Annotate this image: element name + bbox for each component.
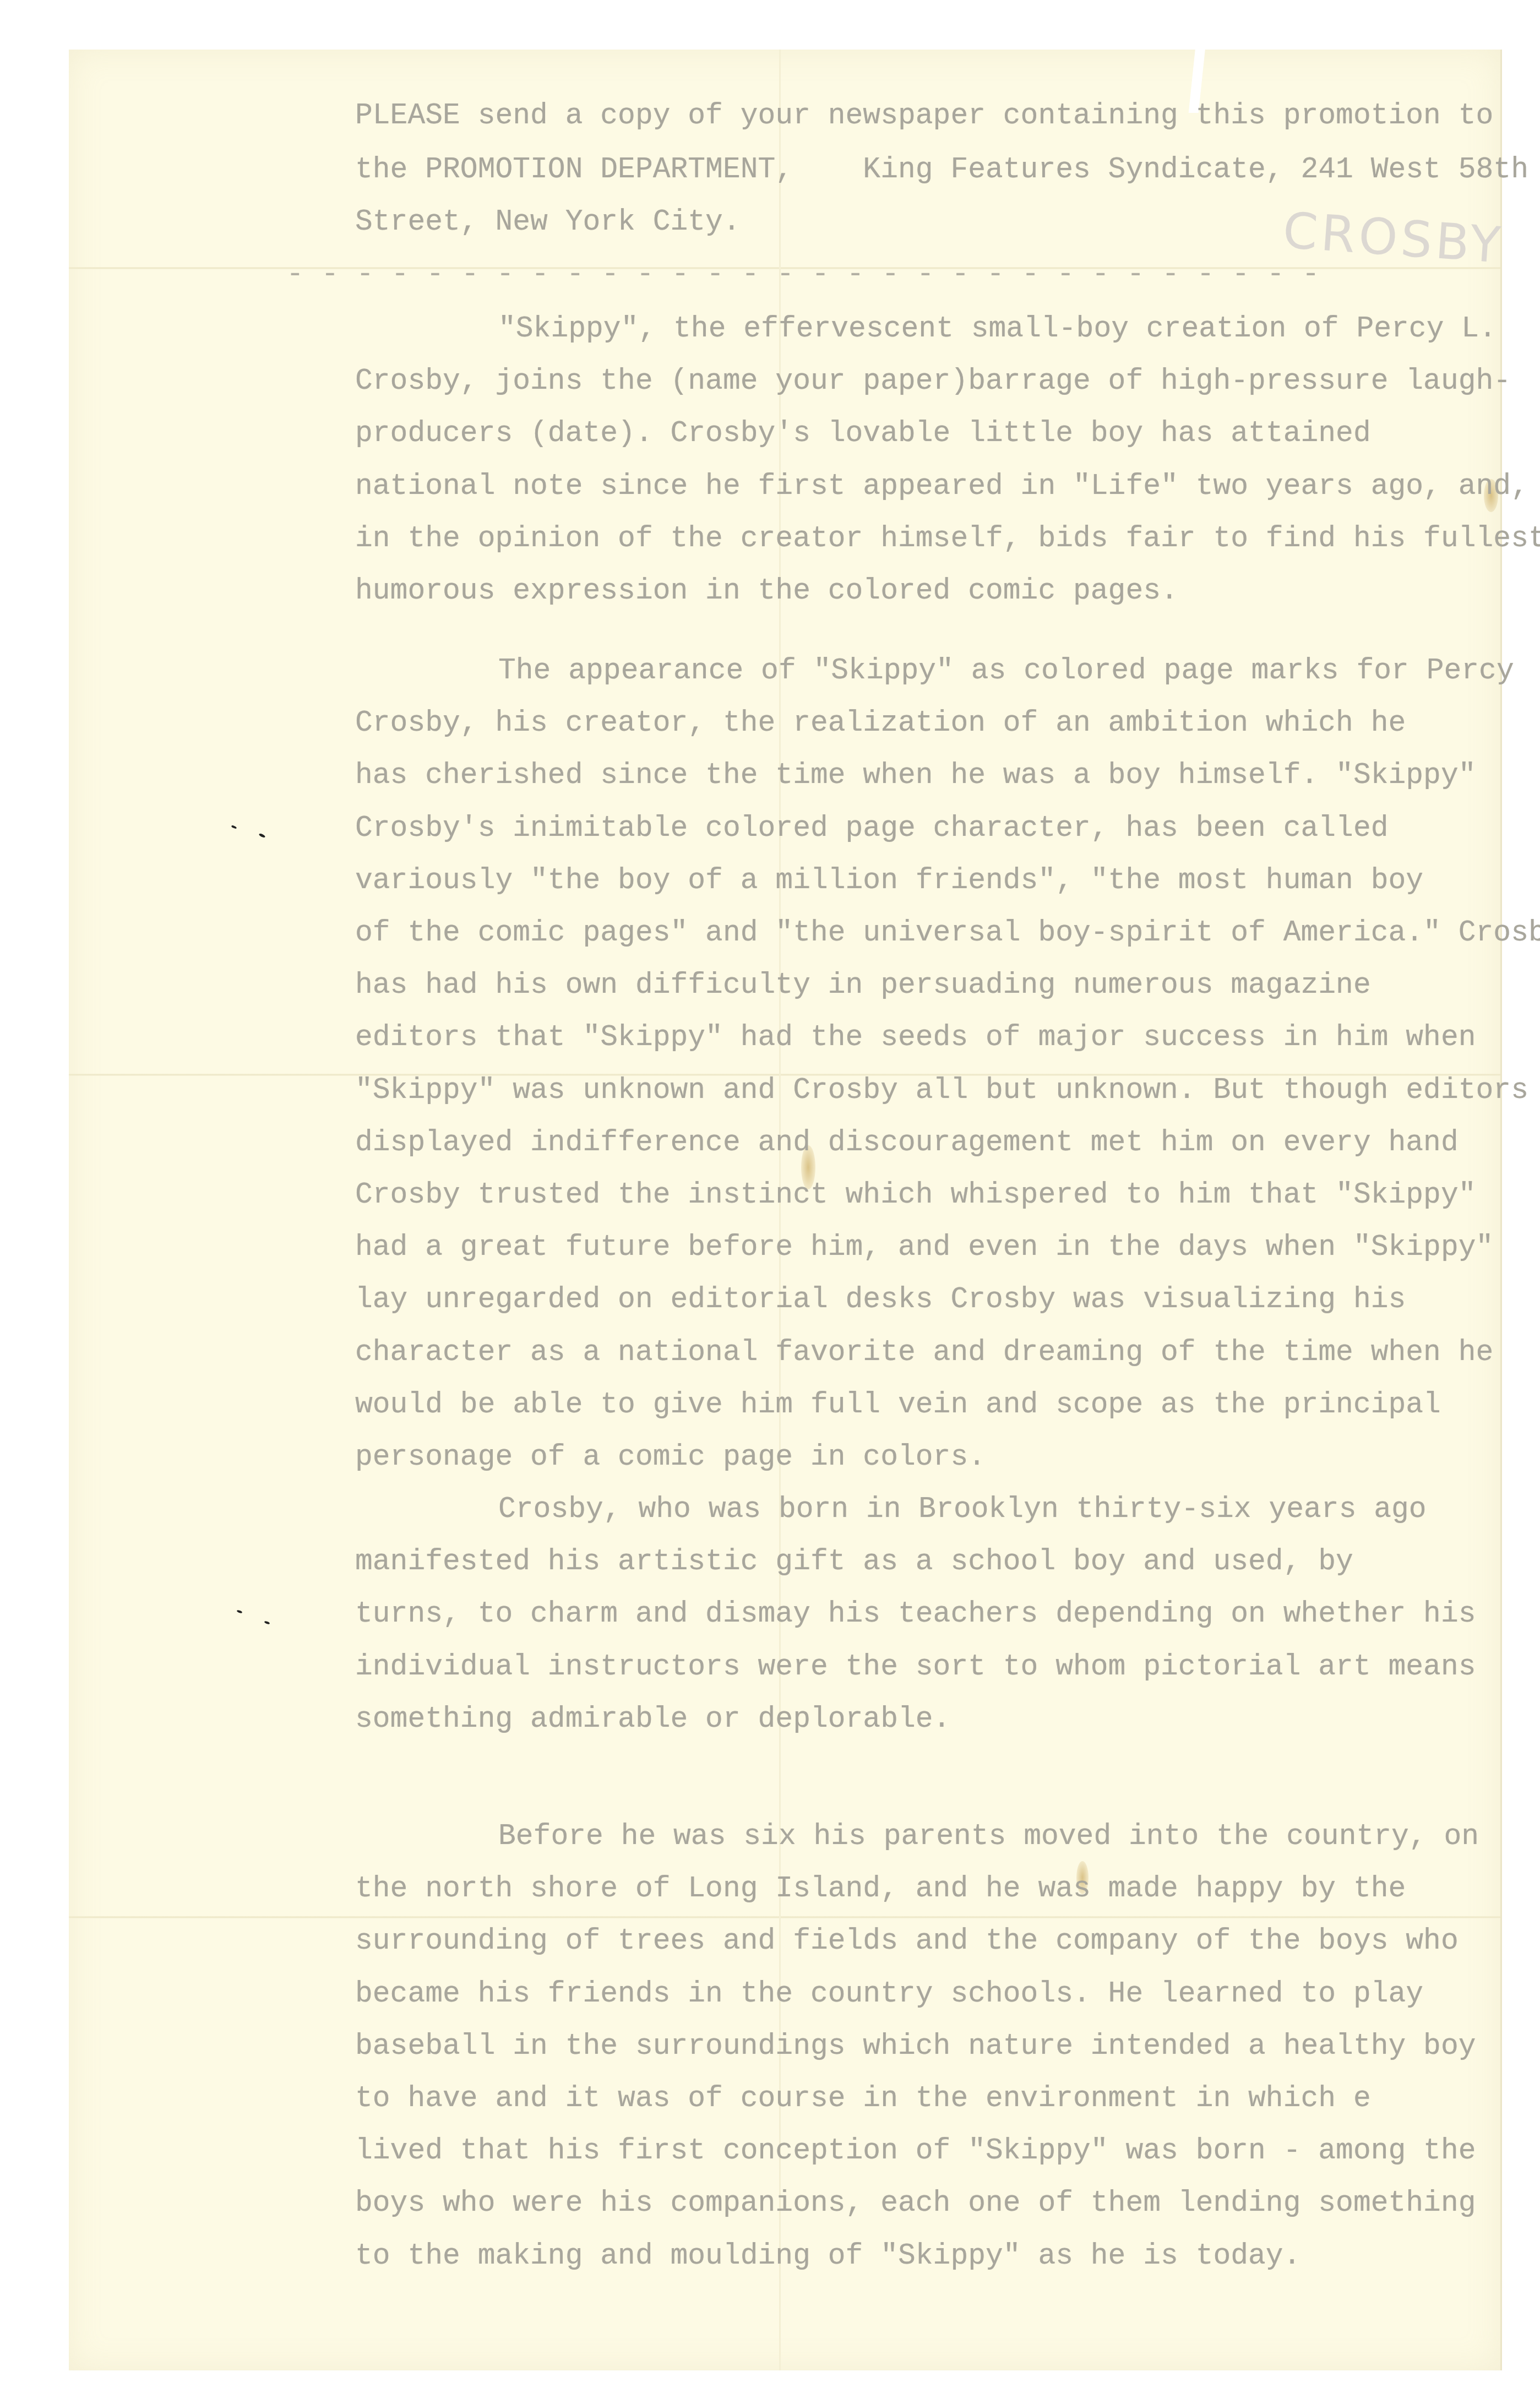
text-line: Crosby, joins the (name your paper)barra… [355, 365, 1511, 398]
text-line: would be able to give him full vein and … [355, 1388, 1441, 1421]
text-line: boys who were his companions, each one o… [355, 2187, 1476, 2220]
text-line: surrounding of trees and fields and the … [355, 1924, 1459, 1957]
separator-line: - - - - - - - - - - - - - - - - - - - - … [286, 258, 1320, 291]
text-line: Crosby trusted the instinct which whispe… [355, 1178, 1476, 1211]
text-line: humorous expression in the colored comic… [355, 574, 1178, 607]
text-line: displayed indifference and discouragemen… [355, 1126, 1459, 1159]
text-line: Crosby, his creator, the realization of … [355, 706, 1406, 739]
text-line: to the making and moulding of "Skippy" a… [355, 2239, 1300, 2272]
fold-line [69, 1916, 1500, 1918]
text-line: has had his own difficulty in persuading… [355, 969, 1371, 1002]
text-line: individual instructors were the sort to … [355, 1650, 1476, 1683]
text-line: became his friends in the country school… [355, 1977, 1423, 2010]
text-line: national note since he first appeared in… [355, 470, 1528, 503]
text-line: something admirable or deplorable. [355, 1703, 950, 1736]
text-line: Crosby, who was born in Brooklyn thirty-… [498, 1493, 1427, 1526]
text-line: to have and it was of course in the envi… [355, 2082, 1371, 2115]
text-line: Crosby's inimitable colored page charact… [355, 812, 1389, 845]
text-line: in the opinion of the creator himself, b… [355, 522, 1540, 555]
text-line: the north shore of Long Island, and he w… [355, 1872, 1406, 1905]
text-line: variously "the boy of a million friends"… [355, 864, 1423, 897]
text-line: The appearance of "Skippy" as colored pa… [498, 654, 1514, 687]
header-line: Street, New York City. [355, 205, 741, 238]
text-line: "Skippy" was unknown and Crosby all but … [355, 1074, 1528, 1107]
text-line: character as a national favorite and dre… [355, 1336, 1493, 1369]
text-line: producers (date). Crosby's lovable littl… [355, 417, 1371, 450]
text-line: lived that his first conception of "Skip… [355, 2134, 1476, 2167]
text-line: lay unregarded on editorial desks Crosby… [355, 1283, 1406, 1316]
header-line: the PROMOTION DEPARTMENT, King Features … [355, 153, 1528, 186]
text-line: "Skippy", the effervescent small-boy cre… [498, 312, 1497, 345]
header-line: PLEASE send a copy of your newspaper con… [355, 99, 1493, 132]
text-line: Before he was six his parents moved into… [498, 1820, 1479, 1853]
text-line: manifested his artistic gift as a school… [355, 1545, 1353, 1578]
text-line: personage of a comic page in colors. [355, 1440, 986, 1473]
text-line: turns, to charm and dismay his teachers … [355, 1597, 1476, 1630]
text-line: of the comic pages" and "the universal b… [355, 916, 1540, 949]
text-line: has cherished since the time when he was… [355, 759, 1476, 792]
text-line: baseball in the surroundings which natur… [355, 2030, 1476, 2063]
text-line: had a great future before him, and even … [355, 1231, 1493, 1264]
text-line: editors that "Skippy" had the seeds of m… [355, 1021, 1476, 1054]
